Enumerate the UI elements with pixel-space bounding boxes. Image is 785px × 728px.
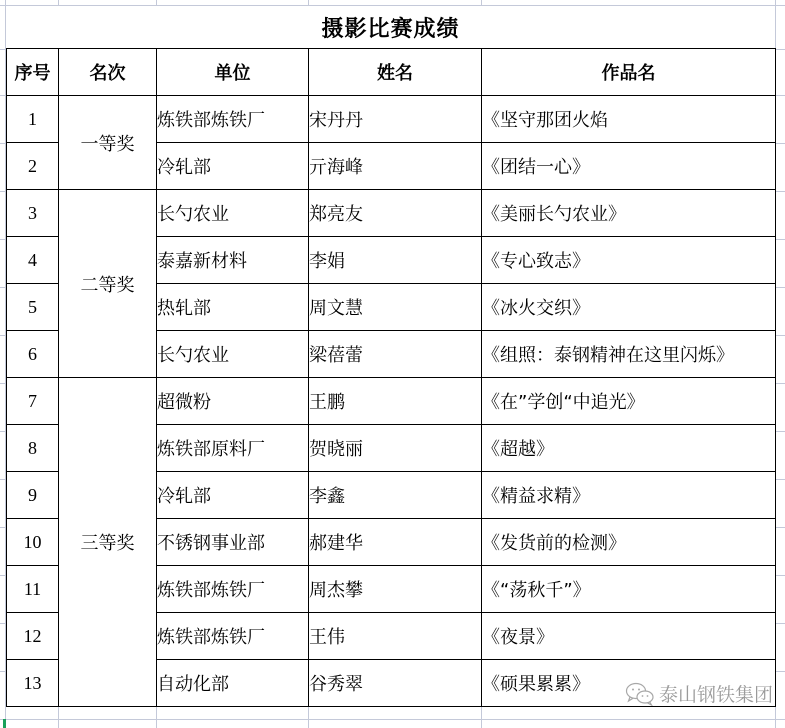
cell-work[interactable]: 《坚守那团火焰 [482,96,776,143]
cell-unit[interactable]: 超微粉 [157,378,309,425]
cell-unit[interactable]: 自动化部 [157,660,309,707]
header-no[interactable]: 序号 [7,49,59,96]
header-rank[interactable]: 名次 [59,49,157,96]
cell-name[interactable]: 周文慧 [309,284,482,331]
cell-name[interactable]: 谷秀翠 [309,660,482,707]
cell-name[interactable]: 李娟 [309,237,482,284]
cell-name[interactable]: 郑亮友 [309,190,482,237]
cell-no[interactable]: 1 [7,96,59,143]
watermark: 泰山钢铁集团 [625,680,773,707]
cell-work[interactable]: 《发货前的检测》 [482,519,776,566]
cell-unit[interactable]: 冷轧部 [157,143,309,190]
cell-work[interactable]: 《团结一心》 [482,143,776,190]
cell-unit[interactable]: 不锈钢事业部 [157,519,309,566]
header-name[interactable]: 姓名 [309,49,482,96]
cell-work[interactable]: 《组照：泰钢精神在这里闪烁》 [482,331,776,378]
cell-no[interactable]: 3 [7,190,59,237]
cell-work[interactable]: 《冰火交织》 [482,284,776,331]
results-table: 序号 名次 单位 姓名 作品名 1 一等奖 炼铁部炼铁厂 宋丹丹 《坚守那团火焰… [6,48,776,707]
header-work[interactable]: 作品名 [482,49,776,96]
cell-work[interactable]: 《精益求精》 [482,472,776,519]
cell-name[interactable]: 李鑫 [309,472,482,519]
cell-unit[interactable]: 炼铁部原料厂 [157,425,309,472]
header-row: 序号 名次 单位 姓名 作品名 [7,49,776,96]
selection-indicator [3,719,6,728]
cell-no[interactable]: 11 [7,566,59,613]
cell-no[interactable]: 5 [7,284,59,331]
cell-work[interactable]: 《专心致志》 [482,237,776,284]
cell-work[interactable]: 《在”学创“中追光》 [482,378,776,425]
cell-no[interactable]: 13 [7,660,59,707]
cell-no[interactable]: 9 [7,472,59,519]
cell-name[interactable]: 梁蓓蕾 [309,331,482,378]
table-row: 7 三等奖 超微粉 王鹏 《在”学创“中追光》 [7,378,776,425]
cell-name[interactable]: 宋丹丹 [309,96,482,143]
cell-work[interactable]: 《超越》 [482,425,776,472]
cell-name[interactable]: 郝建华 [309,519,482,566]
cell-unit[interactable]: 冷轧部 [157,472,309,519]
cell-unit[interactable]: 长勺农业 [157,190,309,237]
cell-name[interactable]: 贺晓丽 [309,425,482,472]
cell-name[interactable]: 周杰攀 [309,566,482,613]
cell-work[interactable]: 《夜景》 [482,613,776,660]
cell-name[interactable]: 亓海峰 [309,143,482,190]
cell-rank-third[interactable]: 三等奖 [59,378,157,707]
cell-no[interactable]: 8 [7,425,59,472]
spreadsheet: 摄影比赛成绩 序号 名次 单位 姓名 作品名 1 一等奖 炼铁部炼铁厂 宋丹丹 [0,0,785,728]
cell-unit[interactable]: 炼铁部炼铁厂 [157,96,309,143]
cell-unit[interactable]: 泰嘉新材料 [157,237,309,284]
header-unit[interactable]: 单位 [157,49,309,96]
sheet-title[interactable]: 摄影比赛成绩 [6,6,776,49]
cell-name[interactable]: 王鹏 [309,378,482,425]
cell-work[interactable]: 《“荡秋千”》 [482,566,776,613]
table-row: 1 一等奖 炼铁部炼铁厂 宋丹丹 《坚守那团火焰 [7,96,776,143]
cell-unit[interactable]: 热轧部 [157,284,309,331]
cell-no[interactable]: 10 [7,519,59,566]
cell-unit[interactable]: 长勺农业 [157,331,309,378]
cell-rank-first[interactable]: 一等奖 [59,96,157,190]
cell-no[interactable]: 7 [7,378,59,425]
cell-no[interactable]: 12 [7,613,59,660]
wechat-icon [625,682,655,706]
cell-no[interactable]: 4 [7,237,59,284]
cell-work[interactable]: 《美丽长勺农业》 [482,190,776,237]
watermark-text: 泰山钢铁集团 [659,680,773,707]
cell-no[interactable]: 6 [7,331,59,378]
cell-name[interactable]: 王伟 [309,613,482,660]
cell-unit[interactable]: 炼铁部炼铁厂 [157,613,309,660]
table-row: 3 二等奖 长勺农业 郑亮友 《美丽长勺农业》 [7,190,776,237]
cell-unit[interactable]: 炼铁部炼铁厂 [157,566,309,613]
cell-rank-second[interactable]: 二等奖 [59,190,157,378]
cell-no[interactable]: 2 [7,143,59,190]
